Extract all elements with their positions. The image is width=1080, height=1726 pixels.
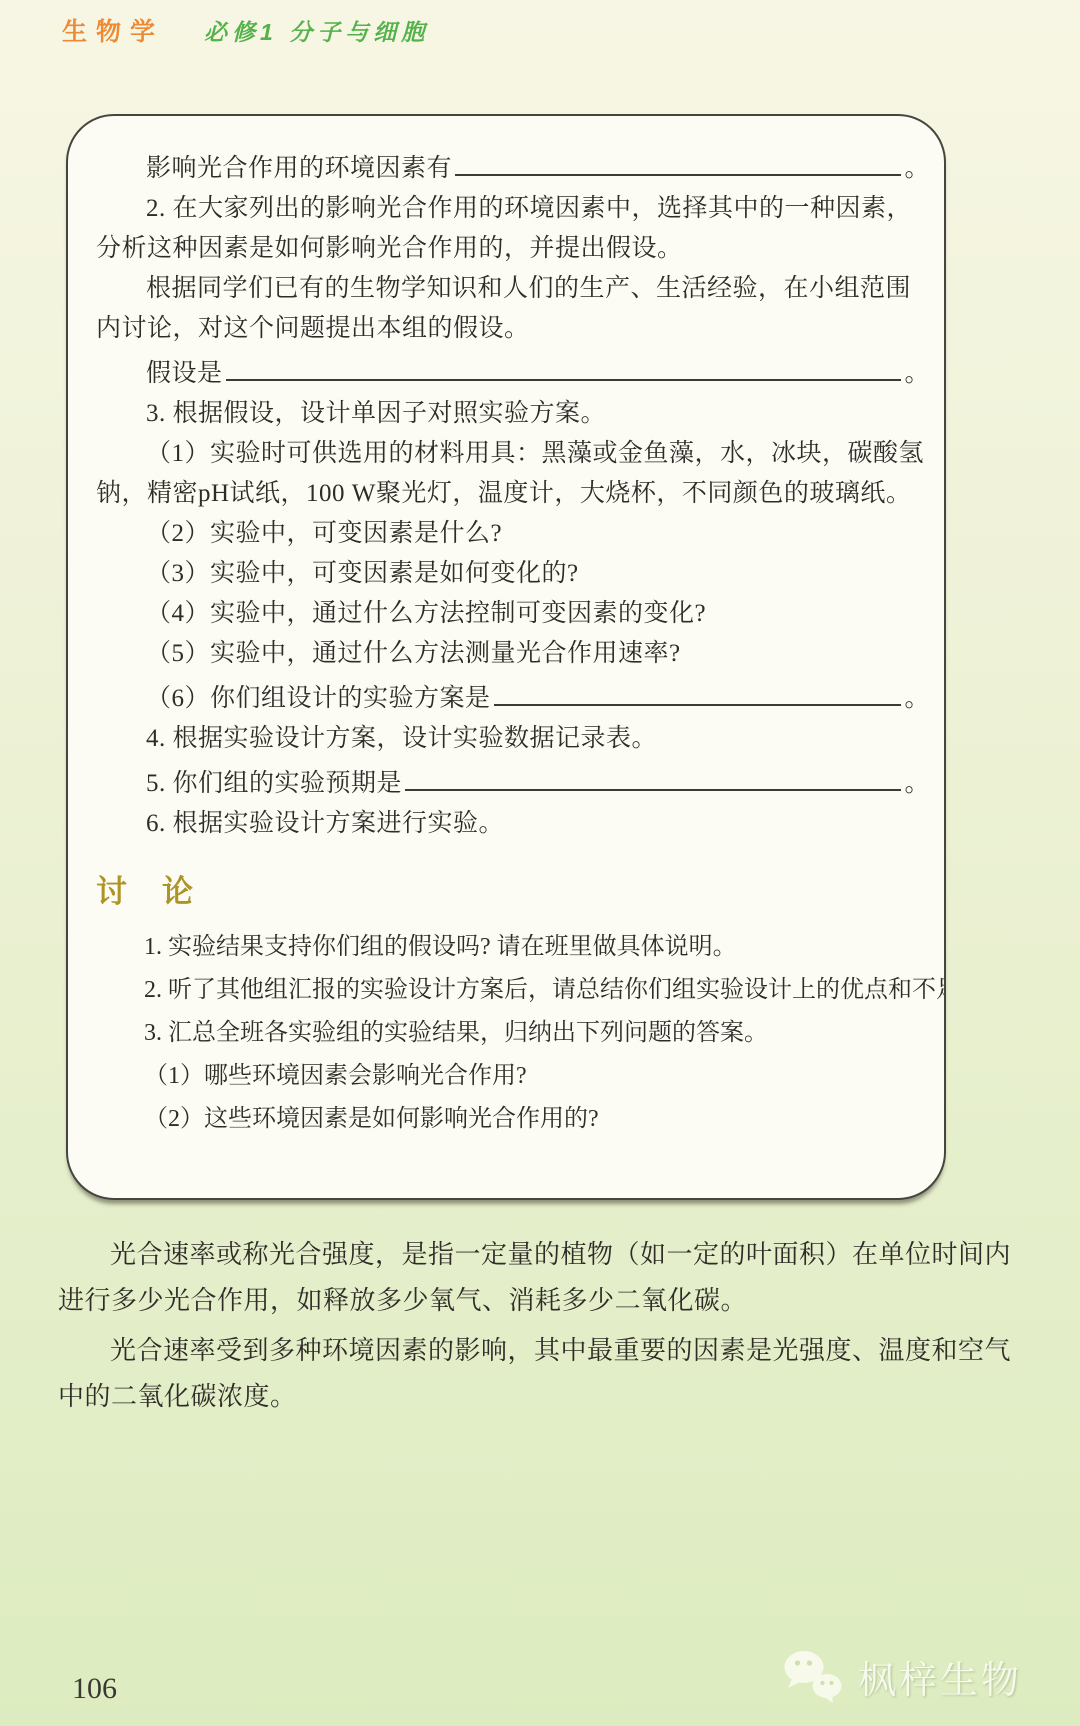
- body-paragraph: 光合速率或称光合强度，是指一定量的植物（如一定的叶面积）在单位时间内进行多少光合…: [58, 1232, 1023, 1324]
- body-text: 光合速率或称光合强度，是指一定量的植物（如一定的叶面积）在单位时间内进行多少光合…: [58, 1232, 1023, 1424]
- body-paragraph: 光合速率受到多种环境因素的影响，其中最重要的因素是光强度、温度和空气中的二氧化碳…: [58, 1328, 1023, 1420]
- worksheet-fill-line: 影响光合作用的环境因素有。: [96, 144, 930, 189]
- discussion-item: （2）这些环境因素是如何影响光合作用的?: [96, 1098, 930, 1141]
- textbook-page: { "header": { "subject": "生物学", "book": …: [0, 0, 1080, 1726]
- worksheet-step: 3. 根据假设，设计单因子对照实验方案。: [96, 394, 930, 434]
- discussion-item: （1）哪些环境因素会影响光合作用?: [96, 1055, 930, 1098]
- fill-suffix: 。: [904, 679, 930, 719]
- page-header: 生物学 必修1 分子与细胞: [62, 12, 429, 48]
- fill-in-blank: [405, 759, 901, 791]
- fill-prefix: 假设是: [146, 354, 223, 394]
- wechat-icon: [780, 1648, 846, 1704]
- fill-prefix: 影响光合作用的环境因素有: [146, 149, 452, 189]
- worksheet-fill-line: （6）你们组设计的实验方案是。: [96, 674, 930, 719]
- fill-in-blank: [226, 349, 902, 381]
- worksheet-step: （3）实验中，可变因素是如何变化的?: [96, 554, 930, 594]
- watermark: 枫梓生物: [780, 1648, 1022, 1704]
- worksheet-step: （2）实验中，可变因素是什么?: [96, 514, 930, 554]
- page-number: 106: [72, 1672, 117, 1706]
- discussion-item: 1. 实验结果支持你们组的假设吗? 请在班里做具体说明。: [96, 926, 930, 969]
- fill-suffix: 。: [904, 764, 930, 804]
- worksheet-step: 根据同学们已有的生物学知识和人们的生产、生活经验，在小组范围内讨论，对这个问题提…: [96, 269, 930, 349]
- worksheet-fill-line: 假设是。: [96, 349, 930, 394]
- fill-prefix: 5. 你们组的实验预期是: [146, 764, 402, 804]
- discussion-heading: 讨 论: [96, 874, 930, 910]
- worksheet-step: （4）实验中，通过什么方法控制可变因素的变化?: [96, 594, 930, 634]
- worksheet-steps: 影响光合作用的环境因素有。2. 在大家列出的影响光合作用的环境因素中，选择其中的…: [96, 144, 930, 844]
- book-title: 必修1 分子与细胞: [204, 14, 429, 47]
- fill-prefix: （6）你们组设计的实验方案是: [146, 679, 491, 719]
- worksheet-step: 6. 根据实验设计方案进行实验。: [96, 804, 930, 844]
- watermark-text: 枫梓生物: [858, 1649, 1022, 1704]
- worksheet-step: （5）实验中，通过什么方法测量光合作用速率?: [96, 634, 930, 674]
- worksheet-box: 影响光合作用的环境因素有。2. 在大家列出的影响光合作用的环境因素中，选择其中的…: [66, 114, 946, 1200]
- worksheet-step: 2. 在大家列出的影响光合作用的环境因素中，选择其中的一种因素，分析这种因素是如…: [96, 189, 930, 269]
- fill-suffix: 。: [904, 354, 930, 394]
- subject-title: 生物学: [62, 12, 164, 48]
- discussion-items: 1. 实验结果支持你们组的假设吗? 请在班里做具体说明。2. 听了其他组汇报的实…: [96, 926, 930, 1141]
- fill-suffix: 。: [904, 149, 930, 189]
- fill-in-blank: [494, 674, 902, 706]
- fill-in-blank: [455, 144, 901, 176]
- discussion-item: 3. 汇总全班各实验组的实验结果，归纳出下列问题的答案。: [96, 1012, 930, 1055]
- worksheet-step: 4. 根据实验设计方案，设计实验数据记录表。: [96, 719, 930, 759]
- discussion-item: 2. 听了其他组汇报的实验设计方案后，请总结你们组实验设计上的优点和不足。: [96, 969, 930, 1012]
- worksheet-fill-line: 5. 你们组的实验预期是。: [96, 759, 930, 804]
- worksheet-step: （1）实验时可供选用的材料用具：黑藻或金鱼藻，水，冰块，碳酸氢钠，精密pH试纸，…: [96, 434, 930, 514]
